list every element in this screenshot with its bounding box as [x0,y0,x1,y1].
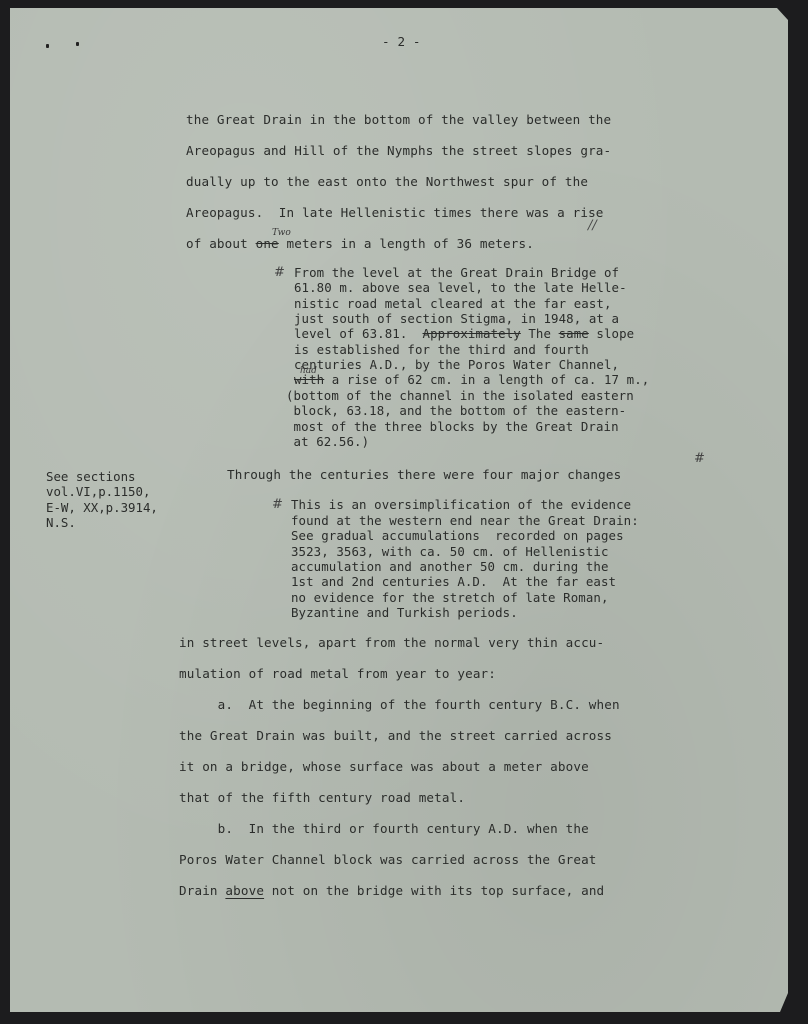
text-segment: not on the bridge with its top surface, … [264,883,604,898]
underlined-word: above [225,883,264,898]
footnote-line: with a rise of 62 cm. in a length of ca.… [294,372,649,387]
text-segment: a rise of 62 cm. in a length of ca. 17 m… [324,372,649,387]
margin-note-line: vol.VI,p.1150, [46,484,150,499]
footnote-line: Byzantine and Turkish periods. [291,605,518,620]
text-segment: meters in a length of 36 meters. [279,236,534,251]
footnote-line: From the level at the Great Drain Bridge… [294,265,619,280]
footnote-line: block, 63.18, and the bottom of the east… [286,403,626,418]
margin-note-line: N.S. [46,515,76,530]
footnote-line: (bottom of the channel in the isolated e… [286,388,634,403]
handwritten-insert: had [300,366,317,376]
text-segment: The [521,326,559,341]
punch-mark [76,42,79,46]
text-line: Areopagus and Hill of the Nymphs the str… [186,143,611,158]
text-line: the Great Drain in the bottom of the val… [186,112,611,127]
text-line: mulation of road metal from year to year… [179,666,496,681]
text-line: Drain above not on the bridge with its t… [179,883,604,898]
footnote-line: 61.80 m. above sea level, to the late He… [294,280,627,295]
text-segment: slope [589,326,634,341]
text-line: b. In the third or fourth century A.D. w… [179,821,589,836]
margin-note-line: See sections [46,469,136,484]
text-segment: Drain [179,883,225,898]
footnote-line: This is an oversimplification of the evi… [291,497,631,512]
footnote-marker: # [694,451,705,466]
footnote-line: found at the western end near the Great … [291,513,639,528]
document-page: - 2 - the Great Drain in the bottom of t… [10,8,788,1012]
struck-word: same [559,326,589,341]
footnote-line: accumulation and another 50 cm. during t… [291,559,609,574]
footnote-line: nistic road metal cleared at the far eas… [294,296,612,311]
text-line: Poros Water Channel block was carried ac… [179,852,597,867]
struck-word: one [256,236,279,251]
punch-mark [46,44,49,48]
footnote-marker: # [272,497,283,512]
footnote-line: level of 63.81. Approximately The same s… [294,326,634,341]
text-segment: level of 63.81. [294,326,423,341]
footnote-line: See gradual accumulations recorded on pa… [291,528,624,543]
text-line: a. At the beginning of the fourth centur… [179,697,620,712]
footnote-line: 1st and 2nd centuries A.D. At the far ea… [291,574,616,589]
footnote-line: 3523, 3563, with ca. 50 cm. of Hellenist… [291,544,609,559]
footnote-line: most of the three blocks by the Great Dr… [286,419,619,434]
footnote-line: centuries A.D., by the Poros Water Chann… [294,357,619,372]
text-line: the Great Drain was built, and the stree… [179,728,612,743]
struck-word: Approximately [423,326,521,341]
footnote-line: is established for the third and fourth [294,342,589,357]
text-line: dually up to the east onto the Northwest… [186,174,588,189]
text-line: in street levels, apart from the normal … [179,635,604,650]
text-line: that of the fifth century road metal. [179,790,465,805]
footnote-mark: // [588,218,597,233]
page-number: - 2 - [382,34,421,49]
margin-note-line: E-W, XX,p.3914, [46,500,158,515]
text-line: Areopagus. In late Hellenistic times the… [186,205,604,220]
footnote-marker: # [274,265,285,280]
footnote-line: just south of section Stigma, in 1948, a… [294,311,619,326]
text-line: Through the centuries there were four ma… [227,467,621,482]
text-segment: of about [186,236,256,251]
footnote-line: at 62.56.) [286,434,369,449]
text-line: it on a bridge, whose surface was about … [179,759,589,774]
text-line: of about one meters in a length of 36 me… [186,236,534,251]
footnote-line: no evidence for the stretch of late Roma… [291,590,609,605]
handwritten-insert: Two [272,228,291,238]
